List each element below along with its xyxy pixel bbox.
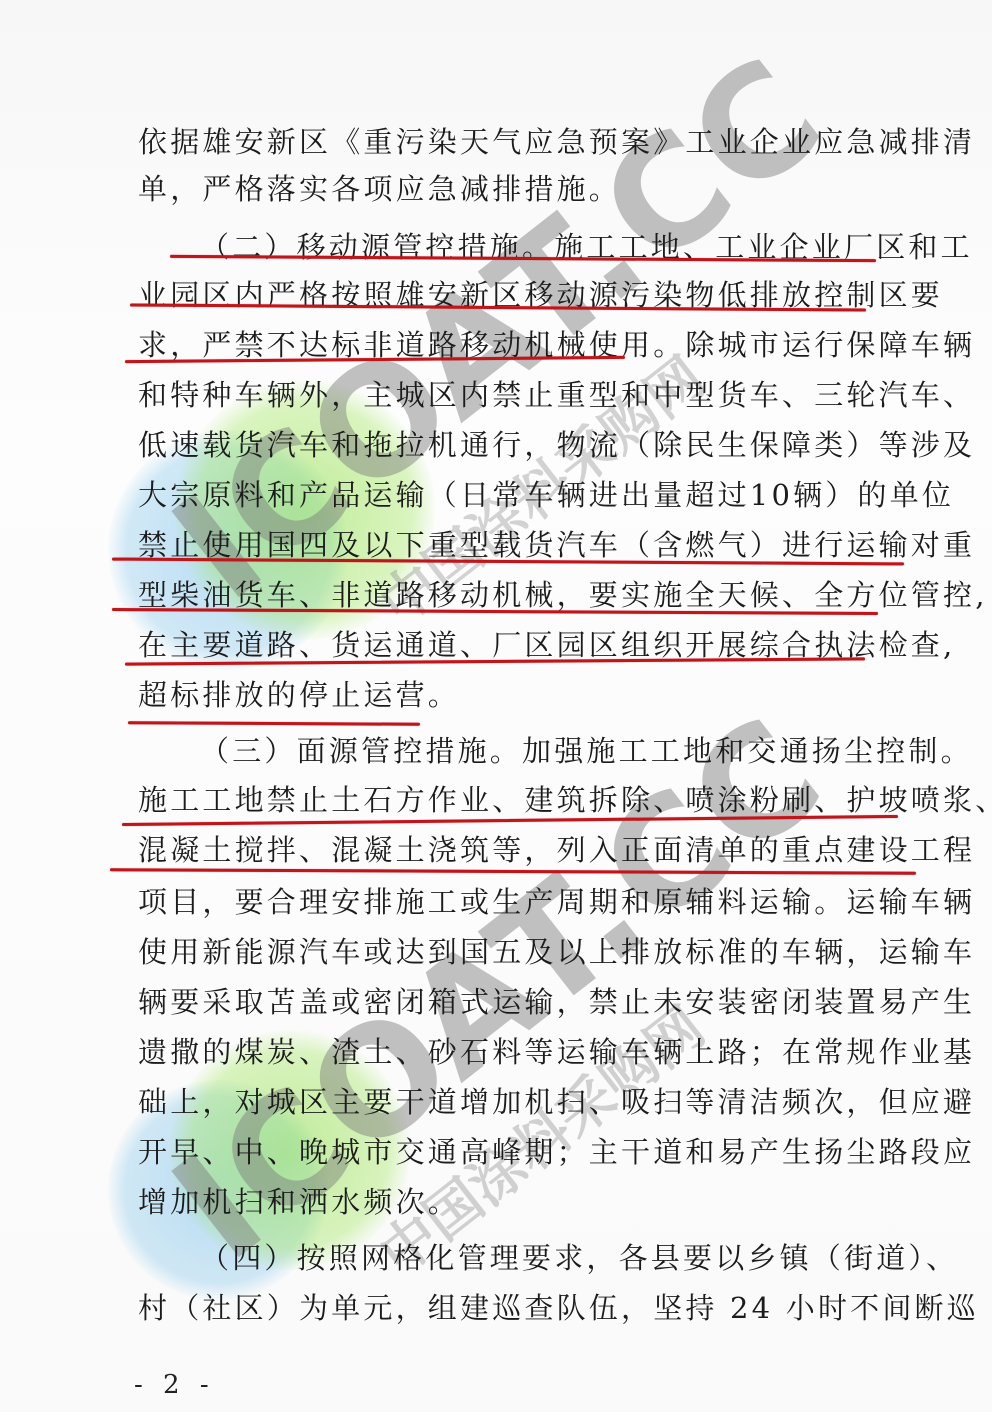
text-line: 项目，要合理安排施工或生产周期和原辅料运输。运输车辆 <box>138 884 975 920</box>
page-number: - 2 - <box>134 1370 215 1400</box>
text-line: 遗撒的煤炭、渣土、砂石料等运输车辆上路；在常规作业基 <box>138 1034 975 1070</box>
text-line: 使用新能源汽车或达到国五及以上排放标准的车辆，运输车 <box>138 934 975 970</box>
red-underline <box>110 868 916 875</box>
text-line: 村（社区）为单元，组建巡查队伍，坚持 24 小时不间断巡 <box>138 1290 979 1326</box>
text-line: 型柴油货车、非道路移动机械，要实施全天候、全方位管控, <box>138 577 988 613</box>
text-line: 和特种车辆外，主城区内禁止重型和中型货车、三轮汽车、 <box>138 377 975 413</box>
text-line: 施工工地禁止土石方作业、建筑拆除、喷涂粉刷、护坡喷浆、 <box>138 782 992 818</box>
text-line: 础上，对城区主要干道增加机扫、吸扫等清洁频次，但应避 <box>138 1084 975 1120</box>
text-line: 增加机扫和洒水频次。 <box>138 1184 460 1220</box>
document-page: ICOAT.CC 中国涂料采购网 ICOAT.CC 中国涂料采购网 依据雄安新区… <box>0 0 992 1412</box>
text-line: 超标排放的停止运营。 <box>138 677 460 713</box>
section-heading-4: （四）按照网格化管理要求，各县要以乡镇（街道）、 <box>200 1240 958 1276</box>
red-underline <box>128 721 420 726</box>
text-line: 混凝土搅拌、混凝土浇筑等，列入正面清单的重点建设工程 <box>138 832 975 868</box>
section-heading-3: （三）面源管控措施。加强施工工地和交通扬尘控制。 <box>200 733 973 769</box>
text-line: 辆要采取苫盖或密闭箱式运输，禁止未安装密闭装置易产生 <box>138 984 975 1020</box>
text-line: 大宗原料和产品运输（日常车辆进出量超过10辆）的单位 <box>138 477 954 513</box>
text-line: 单，严格落实各项应急减排措施。 <box>138 171 621 207</box>
text-line: 低速载货汽车和拖拉机通行，物流（除民生保障类）等涉及 <box>138 427 975 463</box>
text-line: 开早、中、晚城市交通高峰期；主干道和易产生扬尘路段应 <box>138 1134 975 1170</box>
text-line: 依据雄安新区《重污染天气应急预案》工业企业应急减排清 <box>138 124 975 160</box>
